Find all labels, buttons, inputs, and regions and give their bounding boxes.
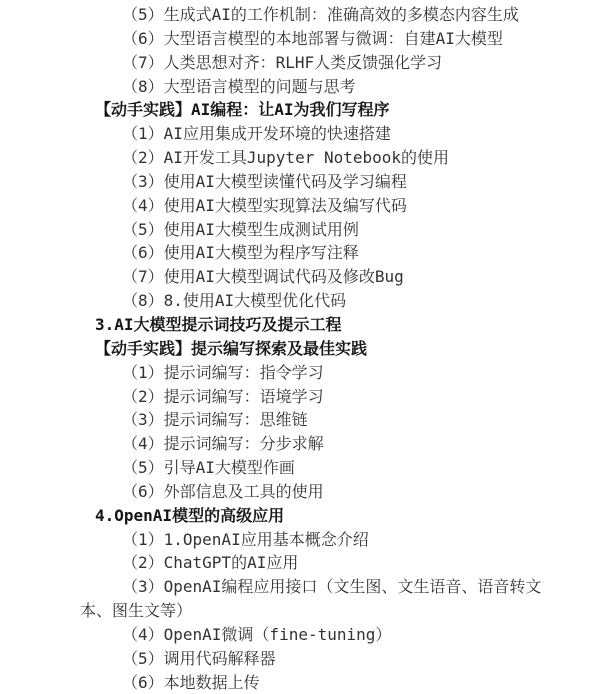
outline-text-line: （7）人类思想对齐：RLHF人类反馈强化学习 [0,51,600,75]
outline-text-line: （3）使用AI大模型读懂代码及学习编程 [0,170,600,194]
outline-text-line: （8）8.使用AI大模型优化代码 [0,289,600,313]
outline-text-line: （1）1.OpenAI应用基本概念介绍 [0,528,600,552]
outline-text-line: （2）ChatGPT的AI应用 [0,551,600,575]
document-body: （5）生成式AI的工作机制：准确高效的多模态内容生成（6）大型语言模型的本地部署… [0,3,600,694]
outline-text-line: 本、图生文等） [0,599,600,623]
outline-text-line: （1）提示词编写：指令学习 [0,361,600,385]
outline-text-line: （4）提示词编写：分步求解 [0,432,600,456]
outline-text-line: （5）调用代码解释器 [0,647,600,671]
outline-text-line: （7）使用AI大模型调试代码及修改Bug [0,265,600,289]
outline-text-line: （3）提示词编写：思维链 [0,408,600,432]
outline-text-line: （1）AI应用集成开发环境的快速搭建 [0,122,600,146]
outline-text-line: （6）本地数据上传 [0,671,600,694]
outline-text-line: （2）提示词编写：语境学习 [0,385,600,409]
outline-text-line: （8）大型语言模型的问题与思考 [0,75,600,99]
outline-text-line: （6）大型语言模型的本地部署与微调：自建AI大模型 [0,27,600,51]
section-heading: 【动手实践】AI编程：让AI为我们写程序 [0,98,600,122]
outline-text-line: （5）生成式AI的工作机制：准确高效的多模态内容生成 [0,3,600,27]
outline-text-line: （6）使用AI大模型为程序写注释 [0,241,600,265]
outline-text-line: （5）使用AI大模型生成测试用例 [0,218,600,242]
outline-text-line: （2）AI开发工具Jupyter Notebook的使用 [0,146,600,170]
section-heading: 3.AI大模型提示词技巧及提示工程 [0,313,600,337]
outline-text-line: （3）OpenAI编程应用接口（文生图、文生语音、语音转文 [0,575,600,599]
document-page: （5）生成式AI的工作机制：准确高效的多模态内容生成（6）大型语言模型的本地部署… [0,0,600,694]
section-heading: 【动手实践】提示编写探索及最佳实践 [0,337,600,361]
section-heading: 4.OpenAI模型的高级应用 [0,504,600,528]
outline-text-line: （4）OpenAI微调（fine-tuning） [0,623,600,647]
outline-text-line: （5）引导AI大模型作画 [0,456,600,480]
outline-text-line: （6）外部信息及工具的使用 [0,480,600,504]
outline-text-line: （4）使用AI大模型实现算法及编写代码 [0,194,600,218]
